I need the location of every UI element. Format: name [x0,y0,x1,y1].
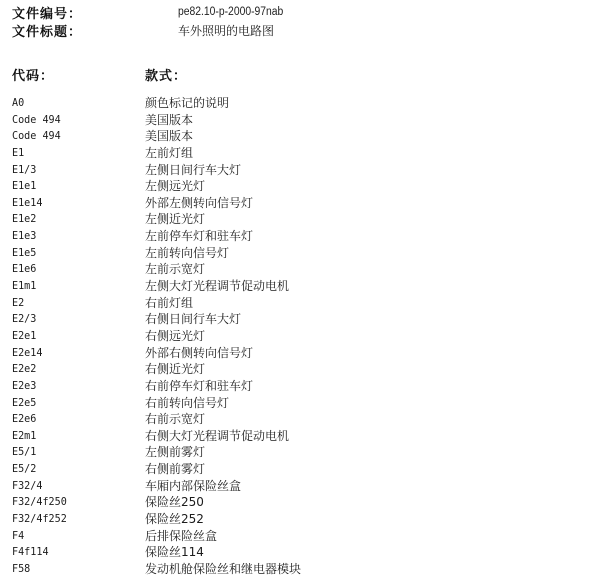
item-code: F32/4f252 [12,511,67,527]
list-item: E5/2右侧前雾灯 [0,461,599,478]
list-item: E1e5左前转向信号灯 [0,245,599,262]
list-item: F32/4f252保险丝252 [0,511,599,528]
column-header-description: 款式： [145,65,187,84]
item-description: 外部左侧转向信号灯 [145,195,253,211]
list-item: E1m1左侧大灯光程调节促动电机 [0,278,599,295]
item-code: E2e5 [12,395,36,411]
item-description: 保险丝250 [145,494,204,510]
list-item: E2e6右前示宽灯 [0,411,599,428]
item-code: E1e6 [12,261,36,277]
list-item: E2m1右侧大灯光程调节促动电机 [0,428,599,445]
item-code: F32/4 [12,478,42,494]
item-code: F4 [12,528,24,544]
item-code: E2e3 [12,378,36,394]
item-code: Code 494 [12,112,61,128]
item-code: E1e3 [12,228,36,244]
item-code: F58 [12,561,30,575]
document-title-value: 车外照明的电路图 [178,22,274,39]
item-code: E2e2 [12,361,36,377]
list-item: E2e2右侧近光灯 [0,361,599,378]
item-code: E1m1 [12,278,36,294]
list-item: F4f114保险丝114 [0,544,599,561]
item-description: 颜色标记的说明 [145,95,229,111]
column-header-code: 代码： [12,65,54,84]
list-item: F58发动机舱保险丝和继电器模块 [0,561,599,575]
list-item: E1左前灯组 [0,145,599,162]
item-code: E1e1 [12,178,36,194]
item-description: 右前停车灯和驻车灯 [145,378,253,394]
item-description: 左侧前雾灯 [145,444,205,460]
item-code: E2e14 [12,345,42,361]
item-code: E2m1 [12,428,36,444]
list-item: Code 494美国版本 [0,128,599,145]
item-description: 左侧大灯光程调节促动电机 [145,278,289,294]
list-item: E1e2左侧近光灯 [0,211,599,228]
list-item: E2e3右前停车灯和驻车灯 [0,378,599,395]
item-code: E5/1 [12,444,36,460]
list-item: E1e6左前示宽灯 [0,261,599,278]
item-code: E1e2 [12,211,36,227]
list-item: E1e3左前停车灯和驻车灯 [0,228,599,245]
item-description: 右侧近光灯 [145,361,205,377]
list-item: E2e1右侧远光灯 [0,328,599,345]
list-item: F4后排保险丝盒 [0,528,599,545]
list-item: E1e14外部左侧转向信号灯 [0,195,599,212]
item-code: F32/4f250 [12,494,67,510]
item-description: 右前转向信号灯 [145,395,229,411]
item-description: 发动机舱保险丝和继电器模块 [145,561,301,575]
item-description: 左前示宽灯 [145,261,205,277]
document-number-label: 文件编号： [12,3,178,22]
list-item: Code 494美国版本 [0,112,599,129]
item-description: 后排保险丝盒 [145,528,217,544]
item-description: 左前灯组 [145,145,193,161]
item-code: E5/2 [12,461,36,477]
item-description: 保险丝114 [145,544,204,560]
item-description: 左侧近光灯 [145,211,205,227]
item-code: E1/3 [12,162,36,178]
item-code: E2/3 [12,311,36,327]
item-description: 右前示宽灯 [145,411,205,427]
item-code: E1 [12,145,24,161]
list-item: E2e14外部右侧转向信号灯 [0,345,599,362]
document-title-label: 文件标题： [12,21,178,40]
item-code: E1e14 [12,195,42,211]
item-description: 左侧日间行车大灯 [145,162,241,178]
list-item: F32/4f250保险丝250 [0,494,599,511]
list-item: E1e1左侧远光灯 [0,178,599,195]
list-item: E2右前灯组 [0,295,599,312]
item-description: 保险丝252 [145,511,204,527]
item-description: 美国版本 [145,112,193,128]
item-description: 美国版本 [145,128,193,144]
item-code: E2 [12,295,24,311]
list-item: E2/3右侧日间行车大灯 [0,311,599,328]
code-list: A0颜色标记的说明 Code 494美国版本 Code 494美国版本 E1左前… [0,95,599,575]
item-description: 车厢内部保险丝盒 [145,478,241,494]
list-item: E2e5右前转向信号灯 [0,395,599,412]
document-number-value: pe82.10-p-2000-97nab [178,6,283,18]
item-description: 右侧远光灯 [145,328,205,344]
document-page: 文件编号： pe82.10-p-2000-97nab 文件标题： 车外照明的电路… [0,0,599,575]
item-description: 左侧远光灯 [145,178,205,194]
item-code: E2e6 [12,411,36,427]
meta-row-document-number: 文件编号： pe82.10-p-2000-97nab [12,3,295,21]
item-description: 右侧大灯光程调节促动电机 [145,428,289,444]
item-description: 右侧前雾灯 [145,461,205,477]
list-item: E1/3左侧日间行车大灯 [0,162,599,179]
item-description: 右侧日间行车大灯 [145,311,241,327]
list-item: E5/1左侧前雾灯 [0,444,599,461]
item-code: Code 494 [12,128,61,144]
meta-row-document-title: 文件标题： 车外照明的电路图 [12,21,274,39]
item-code: A0 [12,95,24,111]
list-item: A0颜色标记的说明 [0,95,599,112]
item-description: 左前停车灯和驻车灯 [145,228,253,244]
list-item: F32/4车厢内部保险丝盒 [0,478,599,495]
item-description: 右前灯组 [145,295,193,311]
item-code: E1e5 [12,245,36,261]
item-code: F4f114 [12,544,49,560]
item-description: 左前转向信号灯 [145,245,229,261]
item-code: E2e1 [12,328,36,344]
item-description: 外部右侧转向信号灯 [145,345,253,361]
